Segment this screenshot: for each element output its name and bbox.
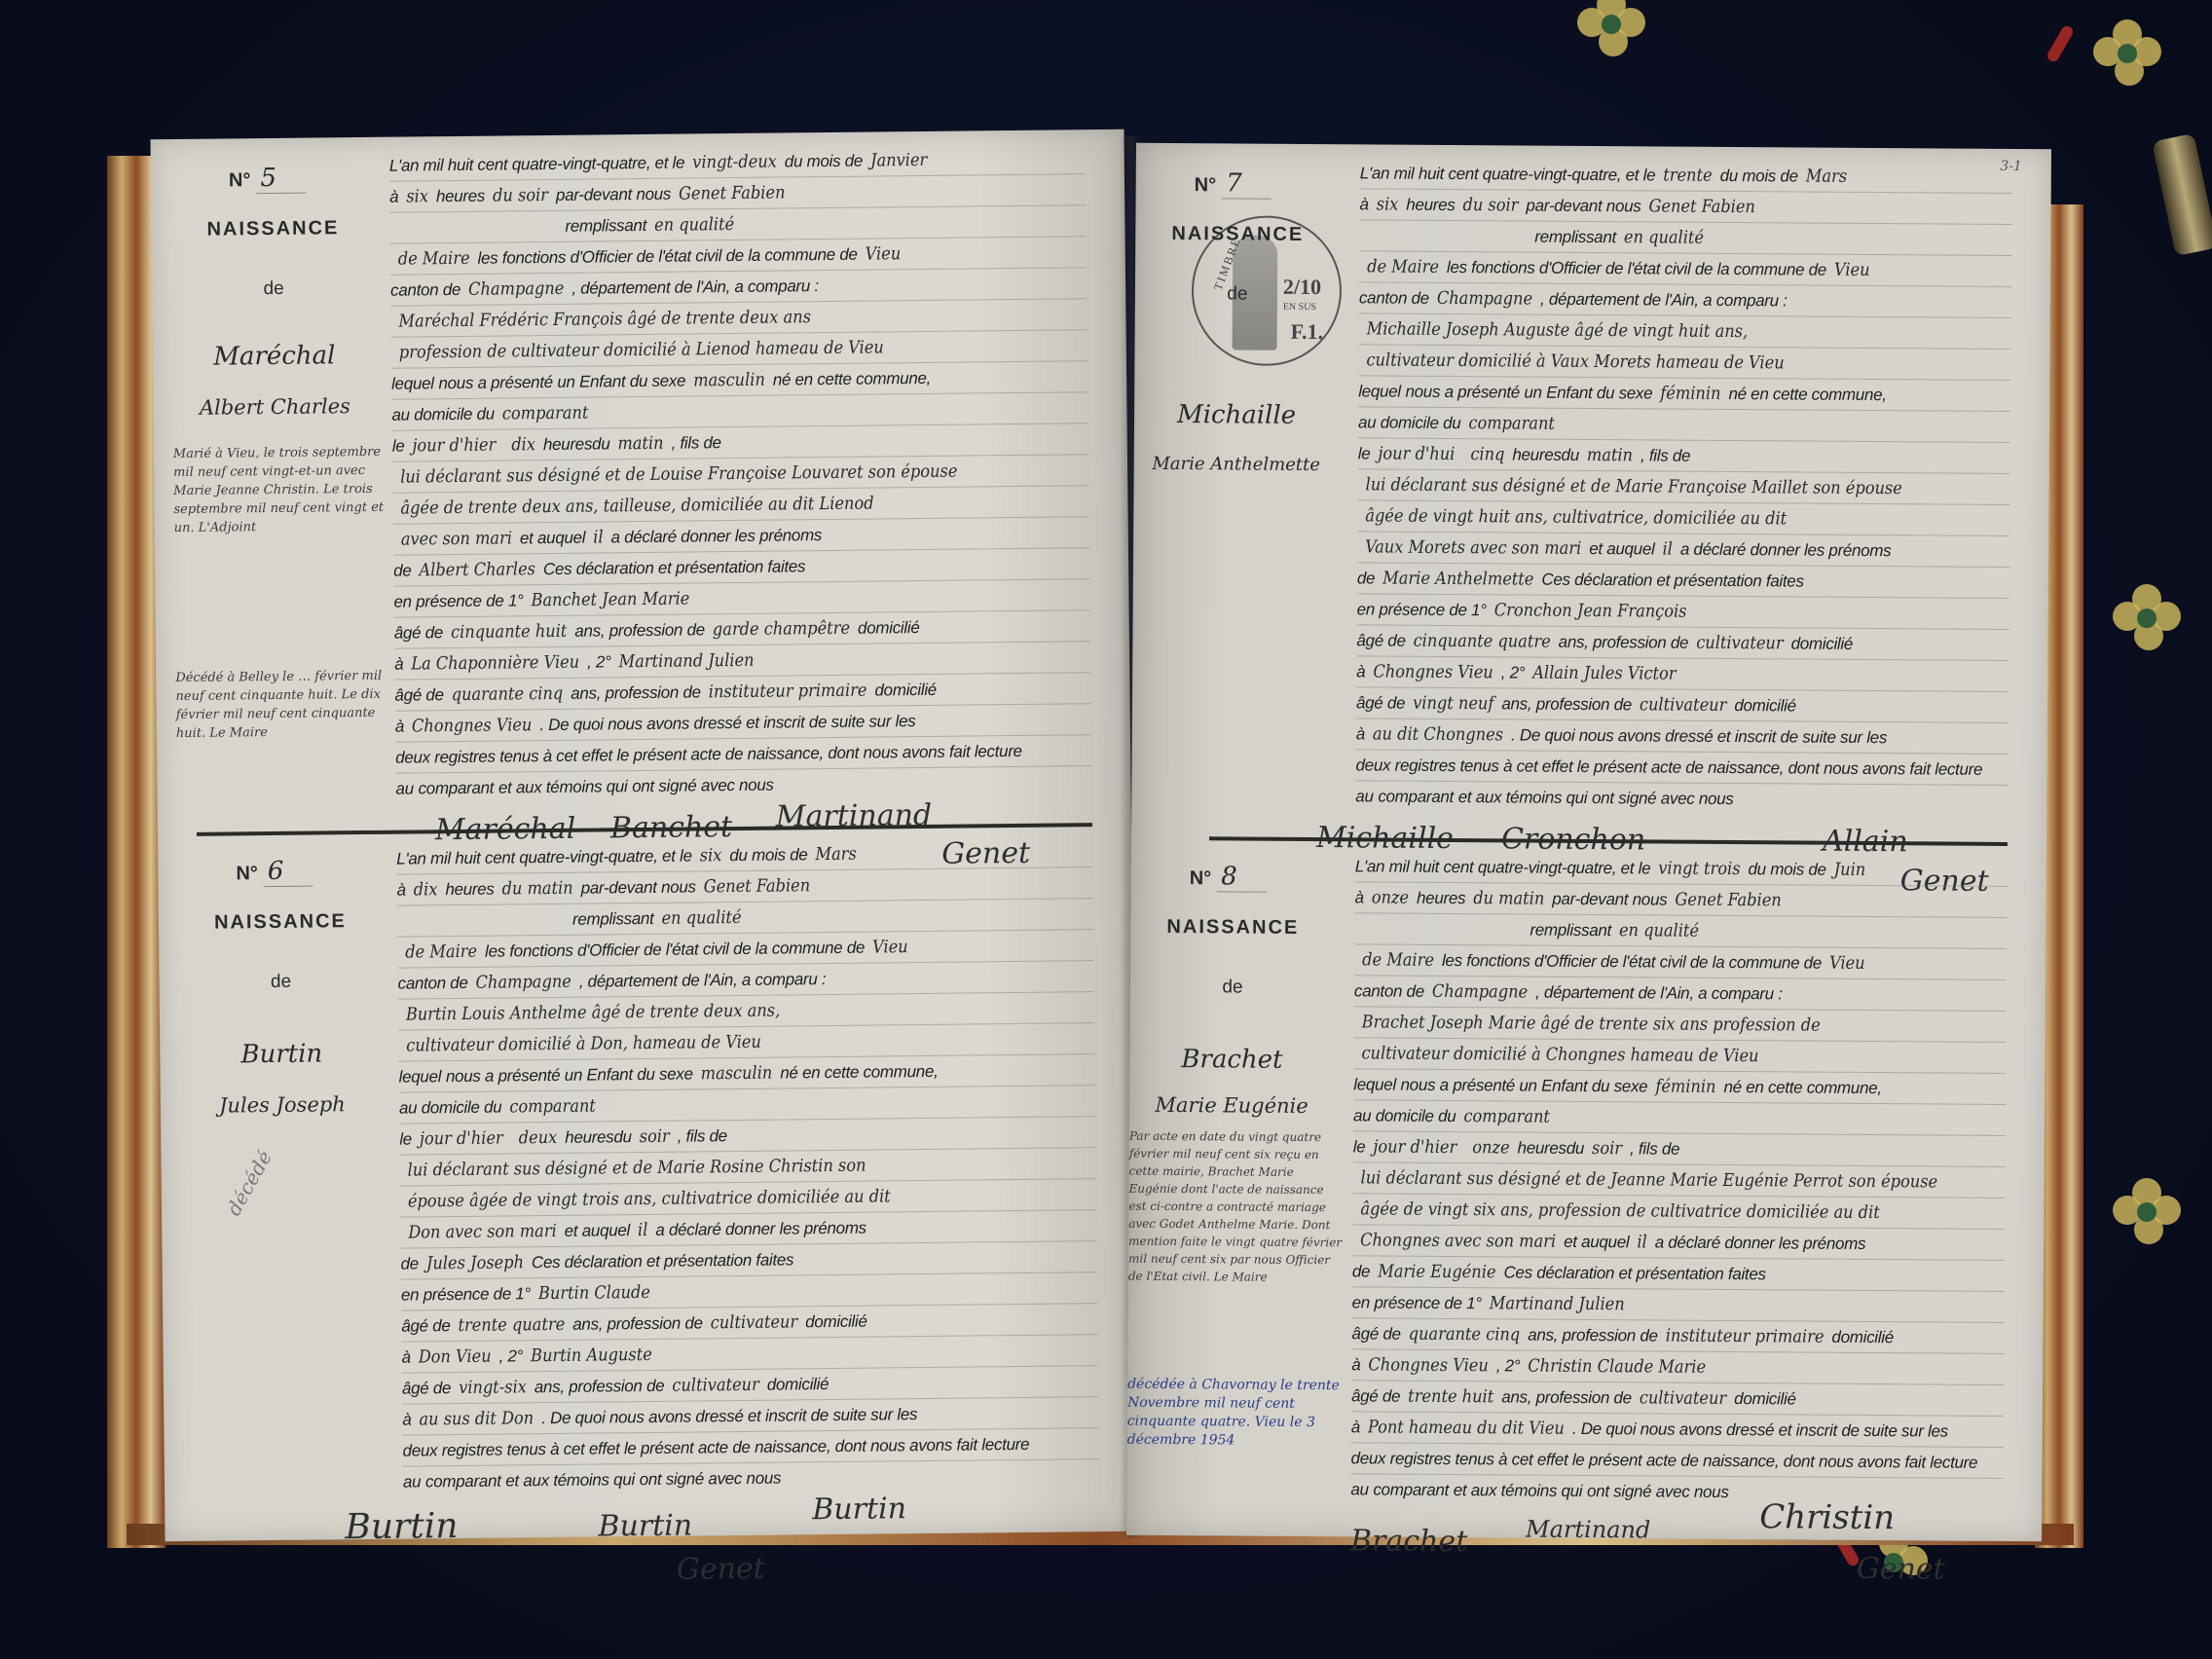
- margin-note-death: Décédé à Belley le … février mil neuf ce…: [175, 667, 390, 743]
- child-surname: Maréchal: [172, 341, 377, 372]
- entry-body: L'an mil huit cent quatre-vingt-quatre, …: [389, 143, 1093, 910]
- entry-line: âgée de vingt huit ans, cultivatrice, do…: [1357, 500, 2009, 536]
- entry-line: àonzeheuresdu matinpar-devant nousGenet …: [1354, 882, 2007, 918]
- entry-line: canton deChampagne, département de l'Ain…: [1359, 282, 2011, 318]
- child-given-names: Albert Charles: [172, 394, 377, 420]
- open-register-book: N°5 NAISSANCE de Maréchal Albert Charles…: [107, 127, 2093, 1558]
- child-surname: Burtin: [179, 1039, 384, 1070]
- entry-title: NAISSANCE: [178, 910, 383, 935]
- signature: Martinand: [1526, 1516, 1650, 1544]
- right-page: 3-1 TIMBRE 2/10 EN SUS F.1. N°7 NAISSANC…: [1126, 143, 2051, 1542]
- metal-clip: [2152, 133, 2212, 257]
- entry-body: L'an mil huit cent quatre-vingt-quatre, …: [1349, 851, 2007, 1616]
- entry-title: NAISSANCE: [170, 217, 375, 241]
- entry-de: de: [178, 971, 383, 994]
- entry-line: lejour d'hieronzeheuresdusoir, fils de: [1353, 1131, 2006, 1167]
- signature: Genet: [677, 1552, 765, 1587]
- entry-line: lequel nous a présenté un Enfant du sexe…: [1353, 1069, 2006, 1105]
- entry-title: NAISSANCE: [1135, 223, 1340, 246]
- entry-line: de Maireles fonctions d'Officier de l'ét…: [1359, 251, 2011, 287]
- entry-line: cultivateur domicilié à Vaux Morets hame…: [1358, 345, 2010, 381]
- entry-line: lejour d'huicinqheuresdumatin, fils de: [1358, 438, 2010, 474]
- signature: Burtin: [812, 1492, 906, 1527]
- entry-line: âgé detrente huitans, profession deculti…: [1351, 1381, 2004, 1417]
- margin-note-death: décédée à Chavornay le trente Novembre m…: [1127, 1376, 1343, 1452]
- entry-number: N°5: [229, 164, 306, 194]
- signature: Burtin: [345, 1506, 458, 1547]
- entry-line: de Maireles fonctions d'Officier de l'ét…: [1354, 944, 2007, 980]
- entry-line: au comparant et aux témoins qui ont sign…: [1350, 1474, 2003, 1509]
- entry-line: àChongnes Vieu, 2°Christin Claude Marie: [1351, 1349, 2004, 1385]
- entry-line: Michaille Joseph Auguste âgé de vingt hu…: [1359, 313, 2011, 350]
- entry-line: L'an mil huit cent quatre-vingt-quatre, …: [1355, 851, 2008, 887]
- entry-line: àChongnes Vieu, 2°Allain Jules Victor: [1356, 656, 2009, 692]
- entry-number: N°8: [1190, 862, 1267, 892]
- entry-line: Brachet Joseph Marie âgé de trente six a…: [1354, 1007, 2007, 1043]
- embroidered-flower-icon: [2113, 584, 2181, 652]
- signatures: Burtin Burtin Burtin Genet: [403, 1490, 1100, 1604]
- embroidered-flower-icon: [1577, 0, 1645, 58]
- entry-line: àPont hameau du dit Vieu. De quoi nous a…: [1351, 1412, 2004, 1448]
- entry-line: au domicile ducomparant: [1358, 407, 2010, 443]
- margin-note-marriage: Par acte en date du vingt quatre février…: [1128, 1127, 1344, 1287]
- entry-de: de: [1130, 977, 1335, 999]
- entry-line: remplissanten qualité: [1359, 220, 2011, 256]
- entry-margin: N°8 NAISSANCE de Brachet Marie Eugénie P…: [1131, 850, 1336, 851]
- entry-line: âgée de vingt six ans, profession de cul…: [1352, 1194, 2005, 1230]
- entry-line: cultivateur domicilié à Chongnes hameau …: [1353, 1038, 2006, 1074]
- entry-line: lequel nous a présenté un Enfant du sexe…: [1358, 376, 2010, 412]
- signature: Genet: [1857, 1552, 1945, 1587]
- entry-line: en présence de 1°Cronchon Jean François: [1357, 594, 2009, 630]
- birth-entry-7: TIMBRE 2/10 EN SUS F.1. N°7 NAISSANCE de…: [1136, 157, 2051, 164]
- entry-line: au domicile ducomparant: [1353, 1100, 2006, 1136]
- entry-line: àsixheuresdu soirpar-devant nousGenet Fa…: [1359, 189, 2011, 225]
- entry-margin: N°7 NAISSANCE de Michaille Marie Anthelm…: [1136, 157, 1341, 158]
- margin-note-marriage: Marié à Vieu, le trois septembre mil neu…: [173, 443, 388, 537]
- entry-line: remplissanten qualité: [1354, 913, 2007, 949]
- entry-line: canton deChampagne, département de l'Ain…: [1354, 976, 2007, 1012]
- entry-line: Chongnes avec son mariet auquelila décla…: [1352, 1225, 2005, 1261]
- entry-line: lui déclarant sus désigné et de Jeanne M…: [1352, 1162, 2005, 1198]
- entry-margin: N°5 NAISSANCE de Maréchal Albert Charles…: [170, 151, 375, 153]
- entry-number: N°7: [1195, 168, 1272, 199]
- left-page: N°5 NAISSANCE de Maréchal Albert Charles…: [150, 129, 1138, 1541]
- entry-line: deMarie EugénieCes déclaration et présen…: [1352, 1256, 2005, 1292]
- embroidered-flower-icon: [2113, 1178, 2181, 1246]
- entry-line: deux registres tenus à cet effet le prés…: [1355, 750, 2008, 786]
- signature: Burtin: [598, 1509, 692, 1544]
- birth-entry-5: N°5 NAISSANCE de Maréchal Albert Charles…: [151, 143, 1124, 153]
- entry-line: L'an mil huit cent quatre-vingt-quatre, …: [1360, 158, 2012, 194]
- entry-de: de: [171, 277, 376, 301]
- entry-line: àau dit Chongnes. De quoi nous avons dre…: [1356, 719, 2009, 755]
- entry-margin: N°6 NAISSANCE de Burtin Jules Joseph déc…: [177, 844, 382, 846]
- entry-line: âgé dequarante cinqans, profession deins…: [1351, 1318, 2004, 1354]
- entry-title: NAISSANCE: [1130, 916, 1335, 940]
- child-surname: Brachet: [1129, 1045, 1334, 1075]
- entry-de: de: [1135, 283, 1340, 306]
- entry-line: Vaux Morets avec son mariet auquelila dé…: [1357, 532, 2009, 568]
- entry-number: N°6: [236, 857, 313, 887]
- child-surname: Michaille: [1134, 400, 1339, 430]
- embroidered-flower-icon: [2093, 19, 2161, 88]
- child-given-names: Marie Anthelmette: [1134, 454, 1339, 475]
- entry-body: L'an mil huit cent quatre-vingt-quatre, …: [1354, 158, 2011, 923]
- entry-line: âgé devingt neufans, profession decultiv…: [1356, 687, 2009, 723]
- margin-note-death: décédé: [224, 1133, 283, 1219]
- entry-body: L'an mil huit cent quatre-vingt-quatre, …: [396, 836, 1100, 1604]
- signature: Brachet: [1350, 1524, 1467, 1559]
- signatures: Brachet Martinand Christin Genet: [1349, 1504, 2003, 1616]
- entry-line: au comparant et aux témoins qui ont sign…: [1355, 781, 2008, 816]
- signature: Christin: [1759, 1497, 1895, 1537]
- entry-line: en présence de 1°Martinand Julien: [1352, 1287, 2005, 1323]
- entry-line: âgé decinquante quatreans, profession de…: [1356, 625, 2009, 661]
- entry-line: lui déclarant sus désigné et de Marie Fr…: [1357, 469, 2009, 505]
- child-given-names: Marie Eugénie: [1129, 1093, 1334, 1118]
- child-given-names: Jules Joseph: [180, 1092, 385, 1118]
- entry-line: deux registres tenus à cet effet le prés…: [1350, 1443, 2003, 1479]
- entry-line: deMarie AnthelmetteCes déclaration et pr…: [1357, 563, 2009, 599]
